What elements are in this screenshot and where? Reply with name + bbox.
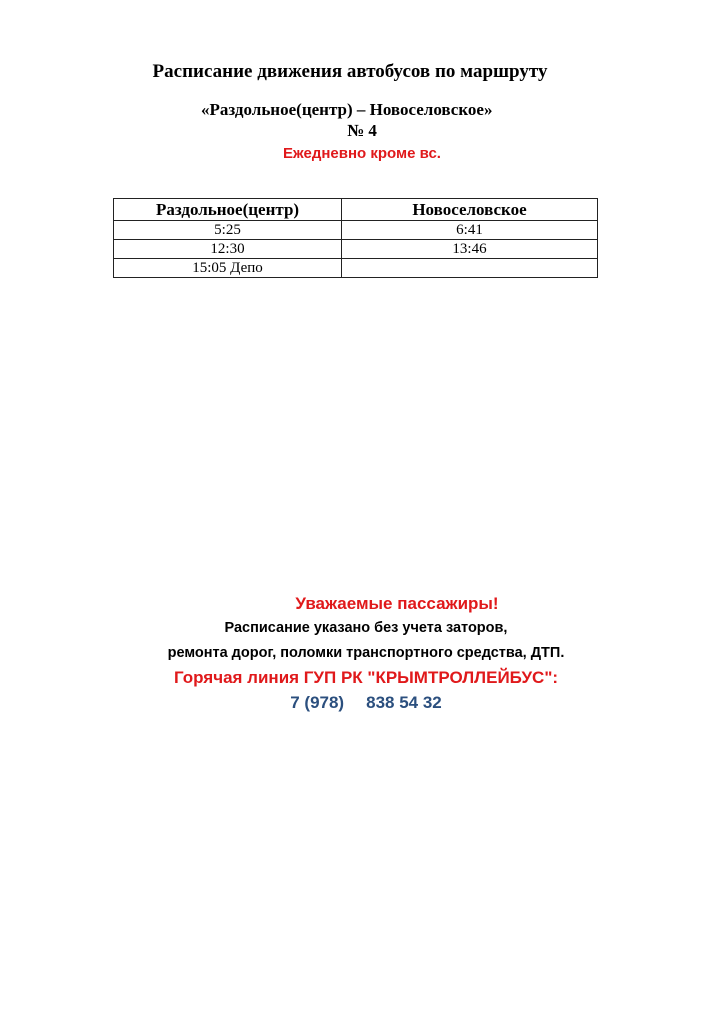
departure-time-razdolnoe: 5:25 [114, 221, 342, 240]
notice-line-1: Расписание указано без учета заторов, [0, 620, 724, 636]
route-name: «Раздольное(центр) – Новоселовское» [201, 100, 492, 120]
notice-line-2: ремонта дорог, поломки транспортного сре… [0, 645, 724, 661]
phone-number: 838 54 32 [366, 693, 442, 712]
departure-time-novoselovskoe [342, 259, 598, 278]
departure-time-razdolnoe: 12:30 [114, 240, 342, 259]
table-row: 12:30 13:46 [114, 240, 598, 259]
departure-time-novoselovskoe: 13:46 [342, 240, 598, 259]
schedule-table: Раздольное(центр) Новоселовское 5:25 6:4… [113, 198, 598, 278]
operating-days: Ежедневно кроме вс. [0, 145, 724, 162]
hotline-phone: 7 (978)838 54 32 [0, 693, 724, 713]
page-title: Расписание движения автобусов по маршрут… [0, 61, 700, 83]
departure-time-razdolnoe: 15:05 Депо [114, 259, 342, 278]
table-header-row: Раздольное(центр) Новоселовское [114, 199, 598, 221]
column-header-novoselovskoe: Новоселовское [342, 199, 598, 221]
departure-time-novoselovskoe: 6:41 [342, 221, 598, 240]
route-number: № 4 [0, 121, 724, 141]
column-header-razdolnoe: Раздольное(центр) [114, 199, 342, 221]
phone-code: 7 (978) [290, 693, 344, 712]
notice-greeting: Уважаемые пассажиры! [0, 594, 724, 614]
table-row: 15:05 Депо [114, 259, 598, 278]
table-row: 5:25 6:41 [114, 221, 598, 240]
hotline-label: Горячая линия ГУП РК "КРЫМТРОЛЛЕЙБУС": [0, 668, 724, 688]
